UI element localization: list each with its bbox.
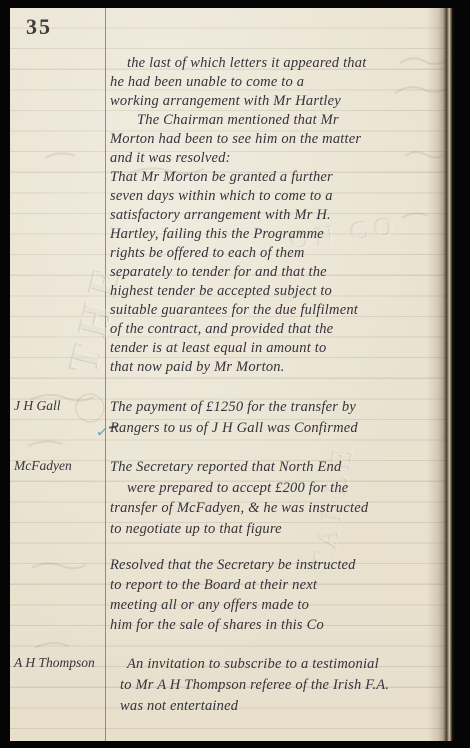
section-lines: The Secretary reported that North Endwer… bbox=[110, 457, 455, 539]
handwritten-line: was not entertained bbox=[110, 696, 455, 717]
handwritten-line: An invitation to subscribe to a testimon… bbox=[110, 654, 455, 675]
notebook-page: 35 THE ON CO TABLE the last of w bbox=[10, 8, 455, 741]
handwritten-line: Morton had been to see him on the matter bbox=[110, 130, 455, 149]
handwritten-line: rights be offered to each of them bbox=[110, 244, 455, 263]
handwritten-line: The Chairman mentioned that Mr bbox=[110, 111, 455, 130]
handwritten-line: highest tender be accepted subject to bbox=[110, 282, 455, 301]
minute-section: McFadyen The Secretary reported that Nor… bbox=[10, 457, 455, 539]
check-mark: ✓ bbox=[95, 422, 110, 443]
page-number: 35 bbox=[26, 14, 52, 40]
minute-section: the last of which letters it appeared th… bbox=[10, 54, 455, 377]
section-lines: The payment of £1250 for the transfer by… bbox=[110, 397, 455, 438]
handwritten-line: suitable guarantees for the due fulfilme… bbox=[110, 301, 455, 320]
minute-section: J H Gall The payment of £1250 for the tr… bbox=[10, 397, 455, 438]
handwritten-line: to Mr A H Thompson referee of the Irish … bbox=[110, 675, 455, 696]
handwritten-line: separately to tender for and that the bbox=[110, 263, 455, 282]
handwritten-line: The Secretary reported that North End bbox=[110, 457, 455, 478]
handwritten-line: transfer of McFadyen, & he was instructe… bbox=[110, 498, 455, 519]
handwritten-line: and it was resolved: bbox=[110, 149, 455, 168]
handwritten-line: Resolved that the Secretary be instructe… bbox=[110, 555, 455, 575]
section-lines: An invitation to subscribe to a testimon… bbox=[110, 654, 455, 717]
section-lines: Resolved that the Secretary be instructe… bbox=[110, 555, 455, 635]
handwritten-line: him for the sale of shares in this Co bbox=[110, 615, 455, 635]
margin-note: A H Thompson bbox=[14, 655, 104, 671]
handwritten-line: Hartley, failing this the Programme bbox=[110, 225, 455, 244]
handwritten-line: meeting all or any offers made to bbox=[110, 595, 455, 615]
handwritten-line: he had been unable to come to a bbox=[110, 73, 455, 92]
handwritten-line: tender is at least equal in amount to bbox=[110, 339, 455, 358]
handwritten-line: that now paid by Mr Morton. bbox=[110, 358, 455, 377]
handwritten-line: of the contract, and provided that the bbox=[110, 320, 455, 339]
handwritten-line: were prepared to accept £200 for the bbox=[110, 478, 455, 499]
handwritten-line: The payment of £1250 for the transfer by bbox=[110, 397, 455, 418]
handwritten-line: seven days within which to come to a bbox=[110, 187, 455, 206]
handwritten-line: Rangers to us of J H Gall was Confirmed bbox=[110, 418, 455, 439]
minute-section: Resolved that the Secretary be instructe… bbox=[10, 555, 455, 635]
section-lines: the last of which letters it appeared th… bbox=[110, 54, 455, 377]
handwritten-line: working arrangement with Mr Hartley bbox=[110, 92, 455, 111]
minute-book-photo: 35 THE ON CO TABLE the last of w bbox=[0, 0, 470, 748]
handwritten-line: the last of which letters it appeared th… bbox=[110, 54, 455, 73]
handwritten-line: satisfactory arrangement with Mr H. bbox=[110, 206, 455, 225]
minute-section: A H Thompson An invitation to subscribe … bbox=[10, 654, 455, 717]
handwritten-line: to report to the Board at their next bbox=[110, 575, 455, 595]
handwritten-line: That Mr Morton be granted a further bbox=[110, 168, 455, 187]
handwritten-line: to negotiate up to that figure bbox=[110, 519, 455, 540]
margin-note: J H Gall bbox=[14, 398, 104, 414]
margin-note: McFadyen bbox=[14, 458, 104, 474]
